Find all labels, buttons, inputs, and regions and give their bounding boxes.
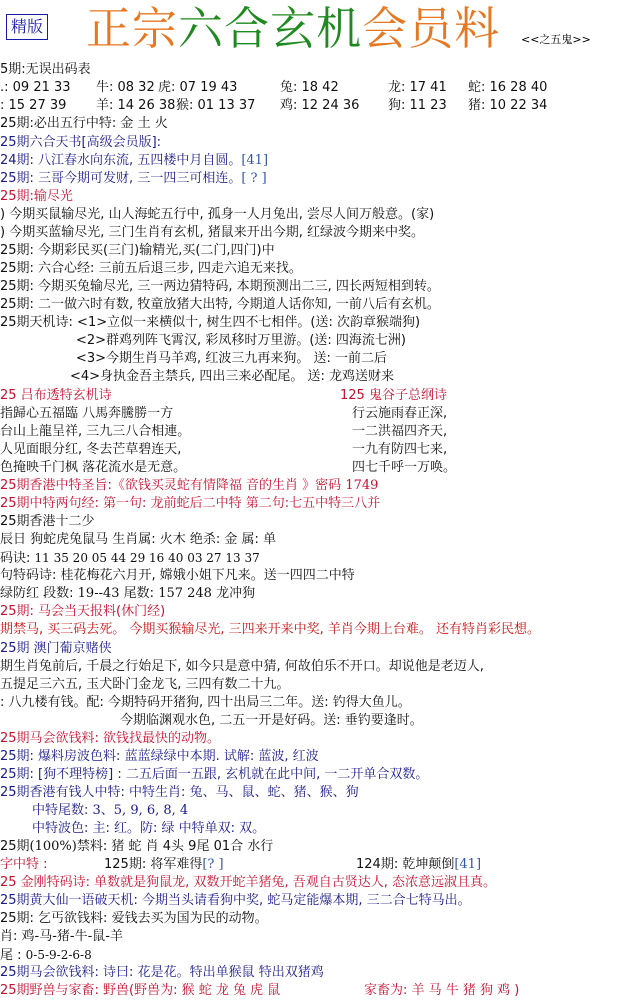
zodiac-cell: 蛇: 16 28 40 <box>468 79 547 97</box>
qiankun-line: 124期: 乾坤颠倒[41] <box>356 856 481 874</box>
aomen-line: 五提足三六五, 玉犬卧门金龙飞, 三四有数二十九。 <box>0 676 290 694</box>
jinliao-prefix: 25期 <box>0 839 30 854</box>
erliu-line: 25期: 二一做六时有数, 牧童放猪大出特, 今期道人话你知, 一前八后有玄机。 <box>0 296 440 314</box>
zodiac-cell: .: 09 21 33 <box>0 79 71 97</box>
page-title: 正宗六合玄机会员料 <box>86 2 500 56</box>
wei-label: 尾 : <box>0 948 26 963</box>
qiankun-text: 124期: 乾坤颠倒 <box>356 857 454 872</box>
title-char: 机 <box>316 2 362 56</box>
weishu-label: 尾数: <box>120 586 159 601</box>
majue-numbers: 11 35 20 05 44 29 16 40 03 27 13 37 <box>35 551 260 565</box>
wei-value: 0-5-9-2-6-8 <box>26 948 92 962</box>
guigu-poem-line: 一二洪福四齐天, <box>352 423 447 441</box>
shujinguang-2: ) 今期买蓝输尽光, 三门生肖有玄机, 猪鼠来开出今期, 红绿波今期来中奖。 <box>0 224 424 242</box>
aomen-line: : 八九楼有钱。配: 今期特码开猪狗, 四十出局三二年。送: 钓得大鱼儿。 <box>0 694 411 712</box>
lubu-poem-line: 指歸心五福臨 八馬奔騰勝一方 <box>0 405 173 423</box>
title-char: 正 <box>86 2 132 56</box>
huangdaxian-line: 25期黄大仙一语破天机: 今期当头请看狗中奖, 蛇马定能爆本期, 三二合七特马出… <box>0 892 471 910</box>
jiachu-line: 家畜为: 羊 马 牛 猪 狗 鸡 ) <box>364 982 519 1000</box>
guigu-poem-line: 四七千呼一万唤。 <box>352 459 456 477</box>
tianshu-125: 25期: 三哥今期可发财, 三一四三可相连。[ ? ] <box>0 170 267 188</box>
jiangjun-text: 125期: 将军难得 <box>104 857 202 872</box>
tianshu-title: 25期六合天书[高级会员版]: <box>0 134 161 152</box>
tianshu-text: 24期: 八江春水向东流, 五四楼中月自圆。 <box>0 153 241 168</box>
jinliao-percent: (100%) <box>30 839 77 854</box>
tianshu-124: 24期: 八江春水向东流, 五四楼中月自圆。[41] <box>0 152 268 170</box>
tianji-2: <2>群鸡列阵飞霄汉, 彩凤移时万里游。(送: 四海流七洲) <box>76 332 406 350</box>
guigu-poem-line: 一九有防四七来, <box>352 441 447 459</box>
title-char: 会 <box>362 2 408 56</box>
result-bracket: [41] <box>454 857 481 872</box>
zodiac-cell: : 15 27 39 <box>0 97 66 115</box>
zodiac-cell: 鸡: 12 24 36 <box>280 97 359 115</box>
xinjing-line: 25期: 六合心经: 三前五后退三步, 四走六追无来找。 <box>0 260 302 278</box>
title-char: 六 <box>178 2 224 56</box>
lubu-poem-line: 色掩映千门枫 落花流水是无意。 <box>0 459 186 477</box>
wei-line: 尾 : 0-5-9-2-6-8 <box>0 946 92 965</box>
aomen-title: 25期 澳门葡京赌侠 <box>0 640 112 658</box>
baoliao-line: 25期: 爆料房波色料: 蓝蓝绿绿中本期. 试解: 蓝波, 红波 <box>0 748 319 766</box>
shengzhi-code: 1749 <box>345 478 378 493</box>
page-header: 精版 正宗六合玄机会员料 <<之五鬼>> <box>0 0 621 58</box>
title-char: 员 <box>408 2 454 56</box>
weishu2-line: 中特尾数: 3、5, 9, 6, 8, 4 <box>32 802 188 820</box>
bose-line: 中特波色: 主: 红。防: 绿 中特单双: 双。 <box>32 820 265 838</box>
mahui-shi-line: 25期马会欲钱料: 诗曰: 花是花。特出单猴鼠 特出双猪鸡 <box>0 964 324 982</box>
tianji-4: <4>身执金吾主禁兵, 四出三来必配尾。 送: 龙鸡送财来 <box>70 368 394 386</box>
youqian-line: 25期香港有钱人中特: 中特生肖: 兔、马、鼠、蛇、猪、猴、狗 <box>0 784 359 802</box>
liangju-line: 25期中特两句经: 第一句: 龙前蛇后二中特 第二句:七五中特三八并 <box>0 495 380 513</box>
weishu2-value: 3、5, 9, 6, 8, 4 <box>93 803 189 818</box>
guigu-title: 125 鬼谷子总纲诗 <box>340 387 447 405</box>
author-signature: <<之五鬼>> <box>521 31 591 47</box>
duanshu-value: 19--43 <box>78 586 120 601</box>
title-char: 料 <box>454 2 500 56</box>
weishu2-label: 中特尾数: <box>32 803 93 818</box>
shier-title: 25期香港十二少 <box>0 513 95 531</box>
lubu-poem-line: 人见面眼分红, 冬去芒草碧连天, <box>0 441 181 459</box>
tianji-3: <3>今期生肖马羊鸡, 红波三九再来狗。 送: 一前二后 <box>76 350 387 368</box>
result-bracket: [41] <box>241 153 268 168</box>
zodiac-cell: 羊: 14 26 38 <box>96 97 175 115</box>
shier-line: 辰日 狗蛇虎兔鼠马 生肖属: 火木 绝杀: 金 属: 单 <box>0 531 276 549</box>
majue-label: 码诀: <box>0 551 35 566</box>
xiao-line: 肖: 鸡-马-猪-牛-鼠-羊 <box>0 928 123 946</box>
shengzhi-line: 25期香港中特圣旨:《欲钱买灵蛇有情降福 音的生肖 》密码 1749 <box>0 477 378 495</box>
lubu-title: 25 吕布透特玄机诗 <box>0 387 112 405</box>
majue-line: 码诀: 11 35 20 05 44 29 16 40 03 27 13 37 <box>0 549 260 568</box>
result-bracket: [ ? ] <box>241 171 266 186</box>
mahui-title: 25期: 马会当天报料(休门经) <box>0 603 165 621</box>
goubuli-line: 25期: [狗不理特榜] : 二五后面一五跟, 玄机就在此中间, 一二开单合双数… <box>0 766 428 784</box>
zodiac-cell: 狗: 11 23 <box>388 97 447 115</box>
jinma-line: 期禁马, 买三码去死。 今期买猴输尽光, 三四来开来中奖, 羊肖今期上台难。 还… <box>0 621 540 639</box>
longchong-text: 龙冲狗 <box>212 586 255 601</box>
jinliao-text: 禁料: 猪 蛇 肖 4头 9尾 01合 水行 <box>77 839 273 854</box>
zodiac-cell: 牛: 08 32 <box>96 79 155 97</box>
xiao-value: 鸡-马-猪-牛-鼠-羊 <box>22 929 123 944</box>
zizhongte-label: 字中特 : <box>0 856 48 874</box>
aomen-line: 今期临渊观水色, 二五一开是好码。送: 垂钓要逢时。 <box>120 712 423 730</box>
qigai-line: 25期: 乞丐欲钱料: 爱钱去买为国为民的动物。 <box>0 910 268 928</box>
duanshu-line: 绿防红 段数: 19--43 尾数: 157 248 龙冲狗 <box>0 585 255 603</box>
weishu-value: 157 248 <box>158 586 212 601</box>
title-char: 玄 <box>270 2 316 56</box>
zodiac-table-title: 5期:无误出码表 <box>0 61 91 79</box>
yeshou-line: 25期野兽与家畜: 野兽(野兽为: 猴 蛇 龙 兔 虎 鼠 <box>0 982 280 1000</box>
zodiac-cell: 虎: 07 19 43 <box>158 79 237 97</box>
zodiac-cell: 龙: 17 41 <box>388 79 447 97</box>
aomen-line: 期生肖兔前后, 千晨之行始足下, 如今只是意中猜, 何故伯乐不开口。却说他是老迈… <box>0 658 484 676</box>
guigu-poem-line: 行云施雨春正深, <box>352 405 447 423</box>
zodiac-cell: 猪: 10 22 34 <box>468 97 547 115</box>
edition-badge: 精版 <box>6 14 48 40</box>
jingang-line: 25 金刚特码诗: 单数就是狗鼠龙, 双数开蛇羊猪兔, 吾观自古贤达人, 态浓意… <box>0 874 496 892</box>
tianshu-text: 25期: 三哥今期可发财, 三一四三可相连。 <box>0 171 241 186</box>
xiao-label: 肖: <box>0 929 22 944</box>
zodiac-cell: 兔: 18 42 <box>280 79 339 97</box>
shujinguang-title: 25期:输尽光 <box>0 188 73 206</box>
tianji-1: 25期天机诗: <1>立似一来横似十, 树生四不七相伴。(送: 次韵章猴端狗) <box>0 314 420 332</box>
zodiac-cell: 猴: 01 13 37 <box>176 97 255 115</box>
jinliao-line: 25期(100%)禁料: 猪 蛇 肖 4头 9尾 01合 水行 <box>0 838 273 856</box>
caimin-line: 25期: 今期彩民买(三门)输精光,买(二门,四门)中 <box>0 242 275 260</box>
juteshi-line: 句特码诗: 桂花梅花六月开, 嫦娥小姐下凡来。送一四四二中特 <box>0 567 355 585</box>
title-char: 宗 <box>132 2 178 56</box>
lubu-poem-line: 台山上龍呈祥, 三九三八合相連。 <box>0 423 190 441</box>
tu-line: 25期: 今期买兔输尽光, 三一两边猜特码, 本期预测出二三, 四长两短相到转。 <box>0 278 440 296</box>
duanshu-label: 绿防红 段数: <box>0 586 78 601</box>
shengzhi-text: 25期香港中特圣旨:《欲钱买灵蛇有情降福 音的生肖 》密码 <box>0 478 341 493</box>
result-bracket: [? ] <box>202 857 223 872</box>
wuxing-line: 25期:必出五行中特: 金 土 火 <box>0 115 168 133</box>
jiangjun-line: 125期: 将军难得[? ] <box>104 856 224 874</box>
mahui-qian-line: 25期马会欲钱料: 欲钱找最快的动物。 <box>0 730 220 748</box>
shujinguang-1: ) 今期买鼠输尽光, 山人海蛇五行中, 孤身一人月兔出, 尝尽人间万般意。(家) <box>0 206 434 224</box>
title-char: 合 <box>224 2 270 56</box>
